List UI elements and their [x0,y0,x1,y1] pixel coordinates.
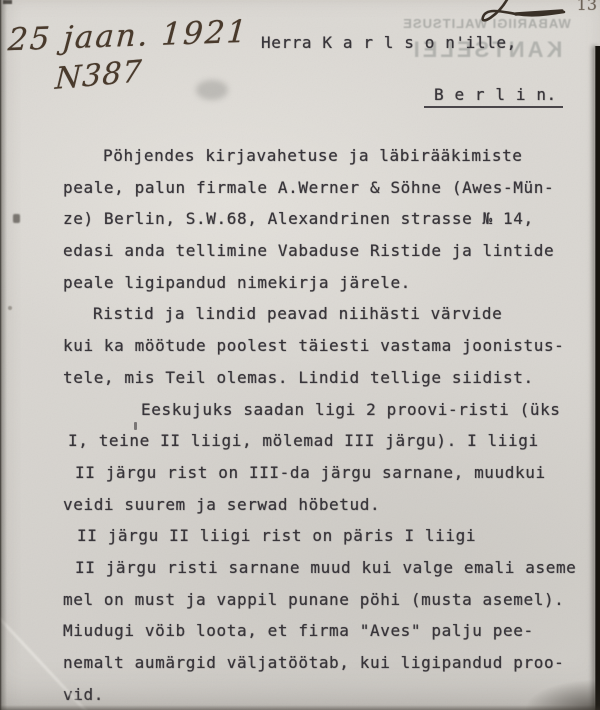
letter-body-line: Ristid ja lindid peavad niihästi värvide [63,298,596,330]
letter-body-line: edasi anda tellimine Vabaduse Ristide ja… [63,235,596,267]
letter-body-line: II järgu rist on III-da järgu sarnane, m… [63,457,596,489]
handwritten-date: 25 jaan. 1921 [7,14,250,59]
letter-body-line: I, teine II liigi, mölemad III järgu). I… [63,425,596,457]
letter-body: Pöhjendes kirjavahetuse ja läbirääkimist… [63,140,596,710]
recipient-line: Herra K a r l s o n'ille, [261,33,517,52]
letter-body-line: ze) Berlin, S.W.68, Alexandrinen strasse… [63,203,596,235]
letter-body-line: II järgu risti sarnane muud kui valge em… [63,552,596,584]
letter-body-line: Pöhjendes kirjavahetuse ja läbirääkimist… [63,140,596,172]
letter-body-line: Miudugi vöib loota, et firma "Aves" palj… [63,615,596,647]
ink-speck [13,214,20,223]
scan-edge-bottom [0,705,600,710]
letter-body-line: nemalt aumärgid väljatöötab, kui ligipan… [63,647,596,679]
ink-speck [8,306,12,310]
city-line: B e r l i n. [424,85,563,108]
handwritten-document-number: N387 [54,54,143,97]
ink-smudge [196,80,228,100]
scan-corner-shadow [526,680,596,710]
scan-edge-left [0,0,7,710]
letter-body-line: peale ligipandud nimekirja järele. [63,267,596,299]
scanned-letter-page: WABARIIGI WALITSUSE KANTSELEI 25 jaan. 1… [0,0,600,710]
faint-corner-digits: 13 [577,0,597,14]
letter-body-line: II järgu II liigi rist on päris I liigi [63,520,596,552]
scan-edge-right [594,46,600,710]
letter-body-line: tele, mis Teil olemas. Lindid tellige si… [63,362,596,394]
letter-body-line: Eeskujuks saadan ligi 2 proovi-risti (ük… [63,394,596,426]
letter-body-line: veidi suurem ja serwad höbetud. [63,489,596,521]
letter-body-line: mel on must ja vappil punane pöhi (musta… [63,584,596,616]
letter-body-line: peale, palun firmale A.Werner & Söhne (A… [63,172,596,204]
stray-apostrophe-mark [134,422,137,430]
letter-body-line: kui ka möötude poolest täiesti vastama j… [63,330,596,362]
handwritten-flourish-mark [474,0,570,32]
